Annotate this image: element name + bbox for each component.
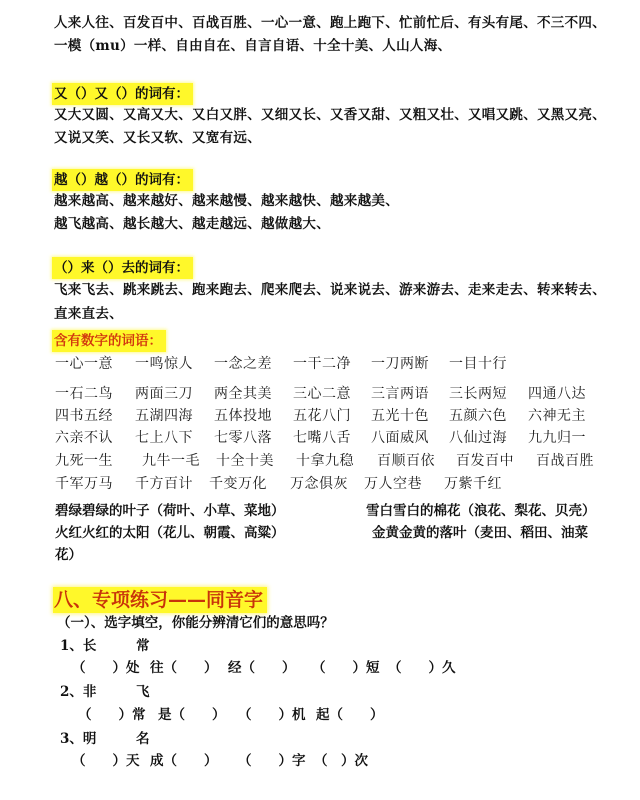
intro-line-2: 一模（mu）一样、自由自在、自言自语、十全十美、人山人海、: [54, 37, 451, 55]
idiom: 四书五经: [55, 407, 113, 425]
item-2-blank-4[interactable]: 起（ ）: [316, 706, 384, 724]
item-2-blank-1[interactable]: （ ）常: [78, 706, 146, 724]
idiom: 一干二净: [293, 355, 351, 373]
lai-qu-line-2: 直来直去、: [54, 305, 123, 323]
idiom: 九牛一毛: [142, 452, 200, 470]
item-1-blank-2[interactable]: 往（ ）: [150, 659, 218, 677]
idiom: 七嘴八舌: [293, 429, 351, 447]
idiom: 三心二意: [293, 385, 351, 403]
lai-qu-line-1: 飞来飞去、跳来跳去、跑来跑去、爬来爬去、说来说去、游来游去、走来走去、转来转去、: [54, 281, 606, 299]
idiom: 百发百中: [456, 452, 514, 470]
item-1-blank-4[interactable]: （ ）短: [312, 659, 380, 677]
idiom: 千变万化: [209, 475, 267, 493]
idiom: 千方百计: [135, 475, 193, 493]
you-you-line-2: 又说又笑、又长又软、又宽有远、: [54, 129, 261, 147]
idiom: 七上八下: [135, 429, 193, 447]
item-1-label: 1、长: [60, 637, 96, 655]
item-3-blank-1[interactable]: （ ）天: [72, 752, 140, 770]
heading-you-you: 又（）又（）的词有：: [52, 83, 193, 105]
color-phrase-left-3: 花）: [55, 546, 82, 564]
idiom: 三言两语: [371, 385, 429, 403]
color-phrase-right-1: 雪白雪白的棉花（浪花、梨花、贝壳）: [366, 502, 596, 520]
idiom: 万人空巷: [364, 475, 422, 493]
idiom: 九死一生: [55, 452, 113, 470]
item-3-blank-2[interactable]: 成（ ）: [150, 752, 218, 770]
item-3-label: 3、明: [60, 730, 96, 748]
idiom: 五颜六色: [449, 407, 507, 425]
section-8-subtitle: （一）、选字填空，你能分辨清它们的意思吗？: [57, 614, 334, 632]
idiom: 百战百胜: [536, 452, 594, 470]
yue-yue-line-2: 越飞越高、越长越大、越走越远、越做越大、: [54, 215, 330, 233]
idiom: 万念俱灰: [290, 475, 348, 493]
idiom: 万紫千红: [444, 475, 502, 493]
item-3-alt: 名: [136, 730, 150, 748]
item-1-alt: 常: [136, 637, 150, 655]
idiom: 四通八达: [528, 385, 586, 403]
idiom: 一石二鸟: [55, 385, 113, 403]
idiom: 八仙过海: [449, 429, 507, 447]
idiom: 一心一意: [55, 355, 113, 373]
idiom: 百顺百依: [377, 452, 435, 470]
intro-line-1: 人来人往、百发百中、百战百胜、一心一意、跑上跑下、忙前忙后、有头有尾、不三不四、: [54, 14, 606, 32]
idiom: 一目十行: [449, 355, 507, 373]
item-3-blank-3[interactable]: （ ）字: [238, 752, 306, 770]
item-3-blank-4[interactable]: （ ）次: [314, 752, 368, 770]
color-phrase-right-2: 金黄金黄的落叶（麦田、稻田、油菜: [372, 524, 588, 542]
idiom: 八面威风: [371, 429, 429, 447]
idiom: 一念之差: [214, 355, 272, 373]
idiom: 五光十色: [371, 407, 429, 425]
idiom: 五花八门: [293, 407, 351, 425]
item-1-blank-1[interactable]: （ ）处: [72, 659, 140, 677]
heading-yue-yue: 越（）越（）的词有：: [52, 169, 193, 191]
yue-yue-line-1: 越来越高、越来越好、越来越慢、越来越快、越来越美、: [54, 192, 399, 210]
idiom: 两全其美: [214, 385, 272, 403]
color-phrase-left-1: 碧绿碧绿的叶子（荷叶、小草、菜地）: [55, 502, 285, 520]
heading-numbers: 含有数字的词语：: [52, 330, 166, 352]
idiom: 六亲不认: [55, 429, 113, 447]
item-1-blank-3[interactable]: 经（ ）: [228, 659, 296, 677]
idiom: 十拿九稳: [296, 452, 354, 470]
item-2-alt: 飞: [136, 683, 150, 701]
heading-lai-qu: （）来（）去的词有：: [52, 257, 193, 279]
idiom: 两面三刀: [135, 385, 193, 403]
idiom: 一刀两断: [371, 355, 429, 373]
item-2-label: 2、非: [60, 683, 96, 701]
color-phrase-left-2: 火红火红的太阳（花儿、朝霞、高粱）: [55, 524, 285, 542]
idiom: 六神无主: [528, 407, 586, 425]
idiom: 千军万马: [55, 475, 113, 493]
idiom: 五湖四海: [135, 407, 193, 425]
idiom: 五体投地: [214, 407, 272, 425]
item-2-blank-3[interactable]: （ ）机: [238, 706, 306, 724]
item-2-blank-2[interactable]: 是（ ）: [158, 706, 226, 724]
section-8-title: 八、专项练习——同音字: [53, 587, 267, 613]
you-you-line-1: 又大又圆、又高又大、又白又胖、又细又长、又香又甜、又粗又壮、又唱又跳、又黑又亮、: [54, 106, 606, 124]
idiom: 三长两短: [449, 385, 507, 403]
idiom: 一鸣惊人: [135, 355, 193, 373]
idiom: 七零八落: [214, 429, 272, 447]
idiom: 十全十美: [216, 452, 274, 470]
item-1-blank-5[interactable]: （ ）久: [388, 659, 456, 677]
idiom: 九九归一: [528, 429, 586, 447]
